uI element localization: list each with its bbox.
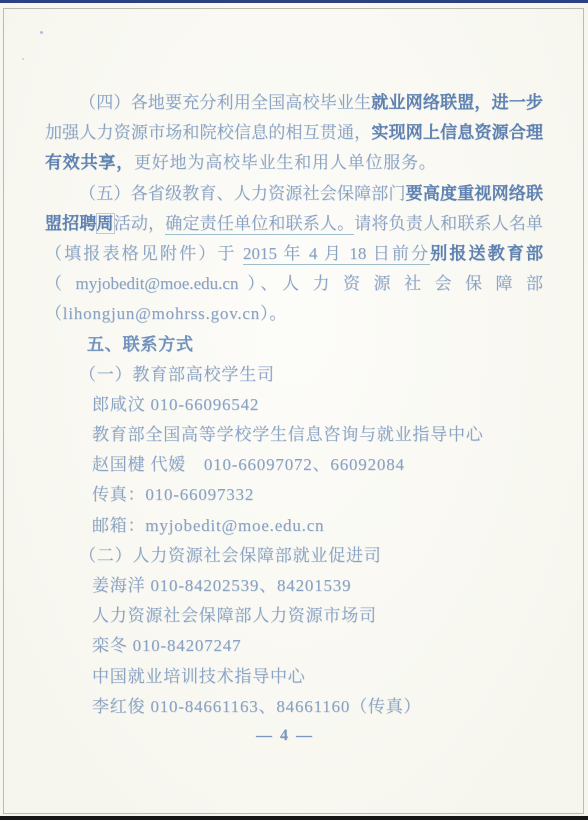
- para-iv-line-3: 有效共享，更好地为高校毕业生和用人单位服务。: [45, 148, 543, 178]
- para-v-line-1: （五）各省级教育、人力资源社会保障部门要高度重视网络联: [45, 179, 543, 209]
- contact-group-1-heading: （一）教育部高校学生司: [45, 360, 543, 390]
- text-run-bold: 要高度重视网络联: [406, 184, 543, 203]
- page-number: — 4 —: [45, 722, 543, 750]
- text-run: 郎咸汶 010-66096542: [92, 395, 259, 414]
- section-v-heading: 五、联系方式: [45, 330, 543, 360]
- boxed-character: 周: [97, 214, 114, 233]
- contact-group-2-heading: （二）人力资源社会保障部就业促进司: [45, 541, 543, 571]
- para-v-line-2: 盟招聘周活动，确定责任单位和联系人。请将负责人和联系人名单: [45, 209, 543, 239]
- text-run-bold: 有效共享，: [45, 153, 134, 172]
- text-run: 加强人力资源市场和院校信息的相互贯通，: [45, 123, 371, 142]
- text-run: 李红俊 010-84661163、84661160（传真）: [92, 697, 421, 716]
- heading-text: 五、联系方式: [87, 335, 194, 354]
- text-run: 教育部全国高等学校学生信息咨询与就业指导中心: [92, 425, 484, 444]
- text-run: 人力资源社会保障部人力资源市场司: [92, 606, 377, 625]
- scan-speck: [22, 58, 24, 60]
- contact-training-center: 中国就业培训技术指导中心: [45, 662, 543, 692]
- contact-luan-dong: 栾冬 010-84207247: [45, 631, 543, 661]
- contact-hr-market-dept: 人力资源社会保障部人力资源市场司: [45, 601, 543, 631]
- text-run: （lihongjun@mohrss.gov.cn）。: [45, 304, 287, 323]
- contact-jiang-haiyang: 姜海洋 010-84202539、84201539: [45, 571, 543, 601]
- text-run: 更好地为高校毕业生和用人单位服务。: [134, 153, 437, 172]
- text-run: 栾冬 010-84207247: [92, 636, 241, 655]
- text-run: 赵国楗 代嫒 010-66097072、66092084: [92, 455, 405, 474]
- text-run-bold: 盟招聘: [45, 214, 97, 233]
- text-run: 邮箱：myjobedit@moe.edu.cn: [92, 516, 324, 535]
- contact-li-hongjun: 李红俊 010-84661163、84661160（传真）: [45, 692, 543, 722]
- text-run: 中国就业培训技术指导中心: [92, 667, 306, 686]
- underlined-date: 2015 年 4 月 18 日前分: [243, 244, 430, 265]
- text-run-bold: 实现网上信息资源合理: [371, 123, 543, 142]
- text-run-bold: 别报送教育部: [430, 244, 543, 263]
- text-run: （五）各省级教育、人力资源社会保障部门: [79, 184, 406, 203]
- contact-email-line: 邮箱：myjobedit@moe.edu.cn: [45, 511, 543, 541]
- contact-fax-line: 传真：010-66097332: [45, 480, 543, 510]
- contact-zhao-dai: 赵国楗 代嫒 010-66097072、66092084: [45, 450, 543, 480]
- para-v-line-5-mohrss-email: （lihongjun@mohrss.gov.cn）。: [45, 299, 543, 329]
- text-run: （二）人力资源社会保障部就业促进司: [79, 546, 382, 565]
- text-run-bold: 就业网络联盟，进一步: [371, 93, 543, 112]
- text-run: 姜海洋 010-84202539、84201539: [92, 576, 351, 595]
- underlined-text: 确定责任单位和联系人。: [165, 214, 354, 235]
- text-run: 活动，: [114, 214, 166, 233]
- scan-bottom-edge: [0, 816, 588, 820]
- text-run: 传真：010-66097332: [92, 485, 254, 504]
- document-body: （四）各地要充分利用全国高校毕业生就业网络联盟，进一步 加强人力资源市场和院校信…: [45, 88, 543, 722]
- contact-lang-xianwen: 郎咸汶 010-66096542: [45, 390, 543, 420]
- text-run: （填报表格见附件）于: [45, 244, 243, 263]
- scan-top-edge: [0, 0, 588, 3]
- para-iv-line-2: 加强人力资源市场和院校信息的相互贯通，实现网上信息资源合理: [45, 118, 543, 148]
- para-v-line-4-moe-email: （ myjobedit@moe.edu.cn ）、人 力 资 源 社 会 保 障…: [45, 269, 543, 299]
- text-run: 请将负责人和联系人名单: [354, 214, 543, 233]
- para-iv-line-1: （四）各地要充分利用全国高校毕业生就业网络联盟，进一步: [45, 88, 543, 118]
- para-v-line-3: （填报表格见附件）于 2015 年 4 月 18 日前分别报送教育部: [45, 239, 543, 269]
- contact-moe-center-name: 教育部全国高等学校学生信息咨询与就业指导中心: [45, 420, 543, 450]
- text-run: （一）教育部高校学生司: [79, 365, 275, 384]
- scan-speck: [40, 31, 43, 34]
- text-run: （四）各地要充分利用全国高校毕业生: [79, 93, 371, 112]
- scanned-document-page: （四）各地要充分利用全国高校毕业生就业网络联盟，进一步 加强人力资源市场和院校信…: [0, 0, 588, 820]
- text-run: （ myjobedit@moe.edu.cn ）、人 力 资 源 社 会 保 障…: [45, 274, 543, 293]
